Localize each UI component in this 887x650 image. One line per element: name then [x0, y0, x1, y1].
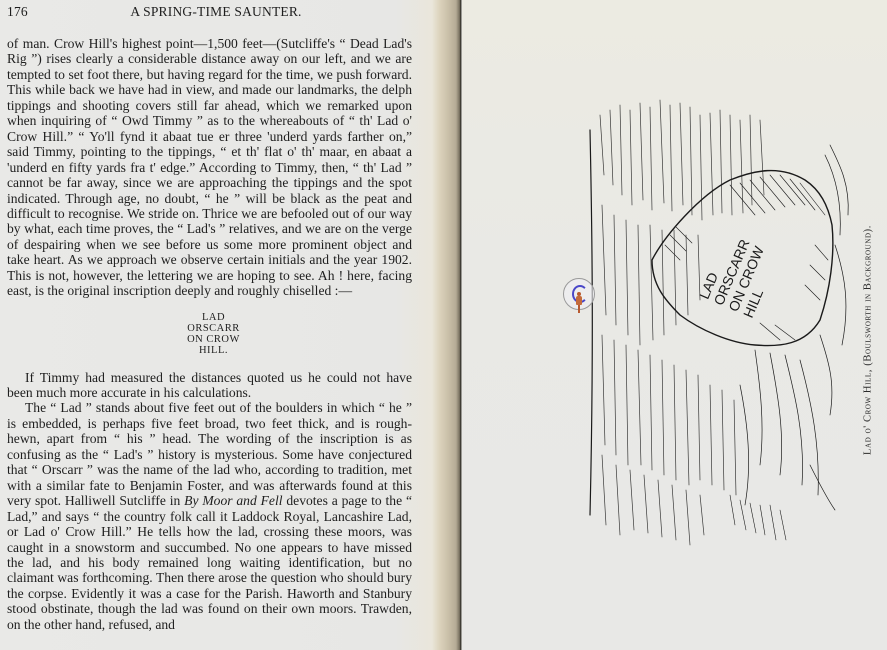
paragraph-1: of man. Crow Hill's highest point—1,500 … — [7, 36, 412, 299]
inscription-line: HILL. — [15, 345, 412, 356]
paragraph-3-text-b: devotes a page to the “ Lad,” and says “… — [7, 493, 412, 632]
paragraph-3-text-a: The “ Lad ” stands about five feet out o… — [7, 400, 412, 508]
paragraph-2: If Timmy had measured the distances quot… — [7, 370, 412, 401]
running-title: A SPRING-TIME SAUNTER. — [7, 4, 411, 20]
paragraph-3: The “ Lad ” stands about five feet out o… — [7, 400, 412, 632]
running-head: 176 A SPRING-TIME SAUNTER. — [7, 4, 411, 20]
book-gutter — [432, 0, 462, 650]
book-spread: 176 A SPRING-TIME SAUNTER. of man. Crow … — [0, 0, 887, 650]
inscription-block: LAD ORSCARR ON CROW HILL. — [7, 312, 412, 357]
inscription-line: LAD — [15, 312, 412, 323]
inscription-line: ORSCARR — [15, 323, 412, 334]
figure-body-icon — [576, 296, 582, 305]
left-page: 176 A SPRING-TIME SAUNTER. of man. Crow … — [0, 0, 450, 650]
inscription-line: ON CROW — [15, 334, 412, 345]
stone-illustration: LAD ORSCARR ON CROW HILL — [580, 85, 870, 585]
right-page: LAD ORSCARR ON CROW HILL — [462, 0, 887, 650]
reader-accessibility-icon[interactable] — [563, 278, 595, 310]
body-text: of man. Crow Hill's highest point—1,500 … — [7, 36, 412, 632]
figure-leg-icon — [578, 305, 580, 313]
book-title-italic: By Moor and Fell — [184, 493, 282, 508]
illustration-caption: Lad o' Crow Hill, (Boulsworth in Backgro… — [863, 225, 874, 455]
